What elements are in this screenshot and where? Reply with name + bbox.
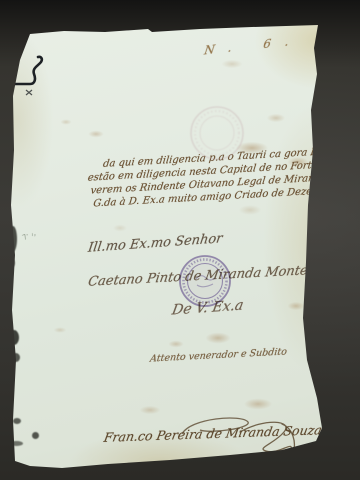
ink-squiggle-mark: [0, 52, 60, 112]
letter-addressee: Caetano Pinto de Miranda Montenegro: [87, 261, 347, 290]
edge-ink-smudge: [13, 418, 21, 424]
letter-courtesy: De V. Ex.a: [171, 297, 245, 318]
letter-signature: Fran.co Pereira de Miranda Souza: [103, 422, 323, 445]
letter-body: da qui em diligencia p.a o Taurii ca gor…: [83, 145, 334, 211]
letter-closing: Attento venerador e Subdito: [149, 346, 287, 364]
edge-ink-smudge: [10, 441, 23, 446]
photographed-manuscript: N. 6. 1 da qui em diligencia p.a o Tauri…: [0, 0, 360, 480]
edge-ink-smudge: [9, 226, 17, 252]
edge-ink-smudge: [9, 330, 19, 345]
manuscript-paper-sheet: N. 6. 1 da qui em diligencia p.a o Tauri…: [0, 0, 360, 480]
edge-ink-smudge: [12, 353, 20, 362]
marginal-pencil-marks: ⁊· ៸,: [20, 222, 57, 257]
archival-annotation: N. 6. 1: [203, 29, 343, 58]
ink-dot: [32, 432, 39, 439]
letter-salutation: Ill.mo Ex.mo Senhor: [87, 231, 223, 256]
edge-ink-smudge: [8, 258, 15, 268]
